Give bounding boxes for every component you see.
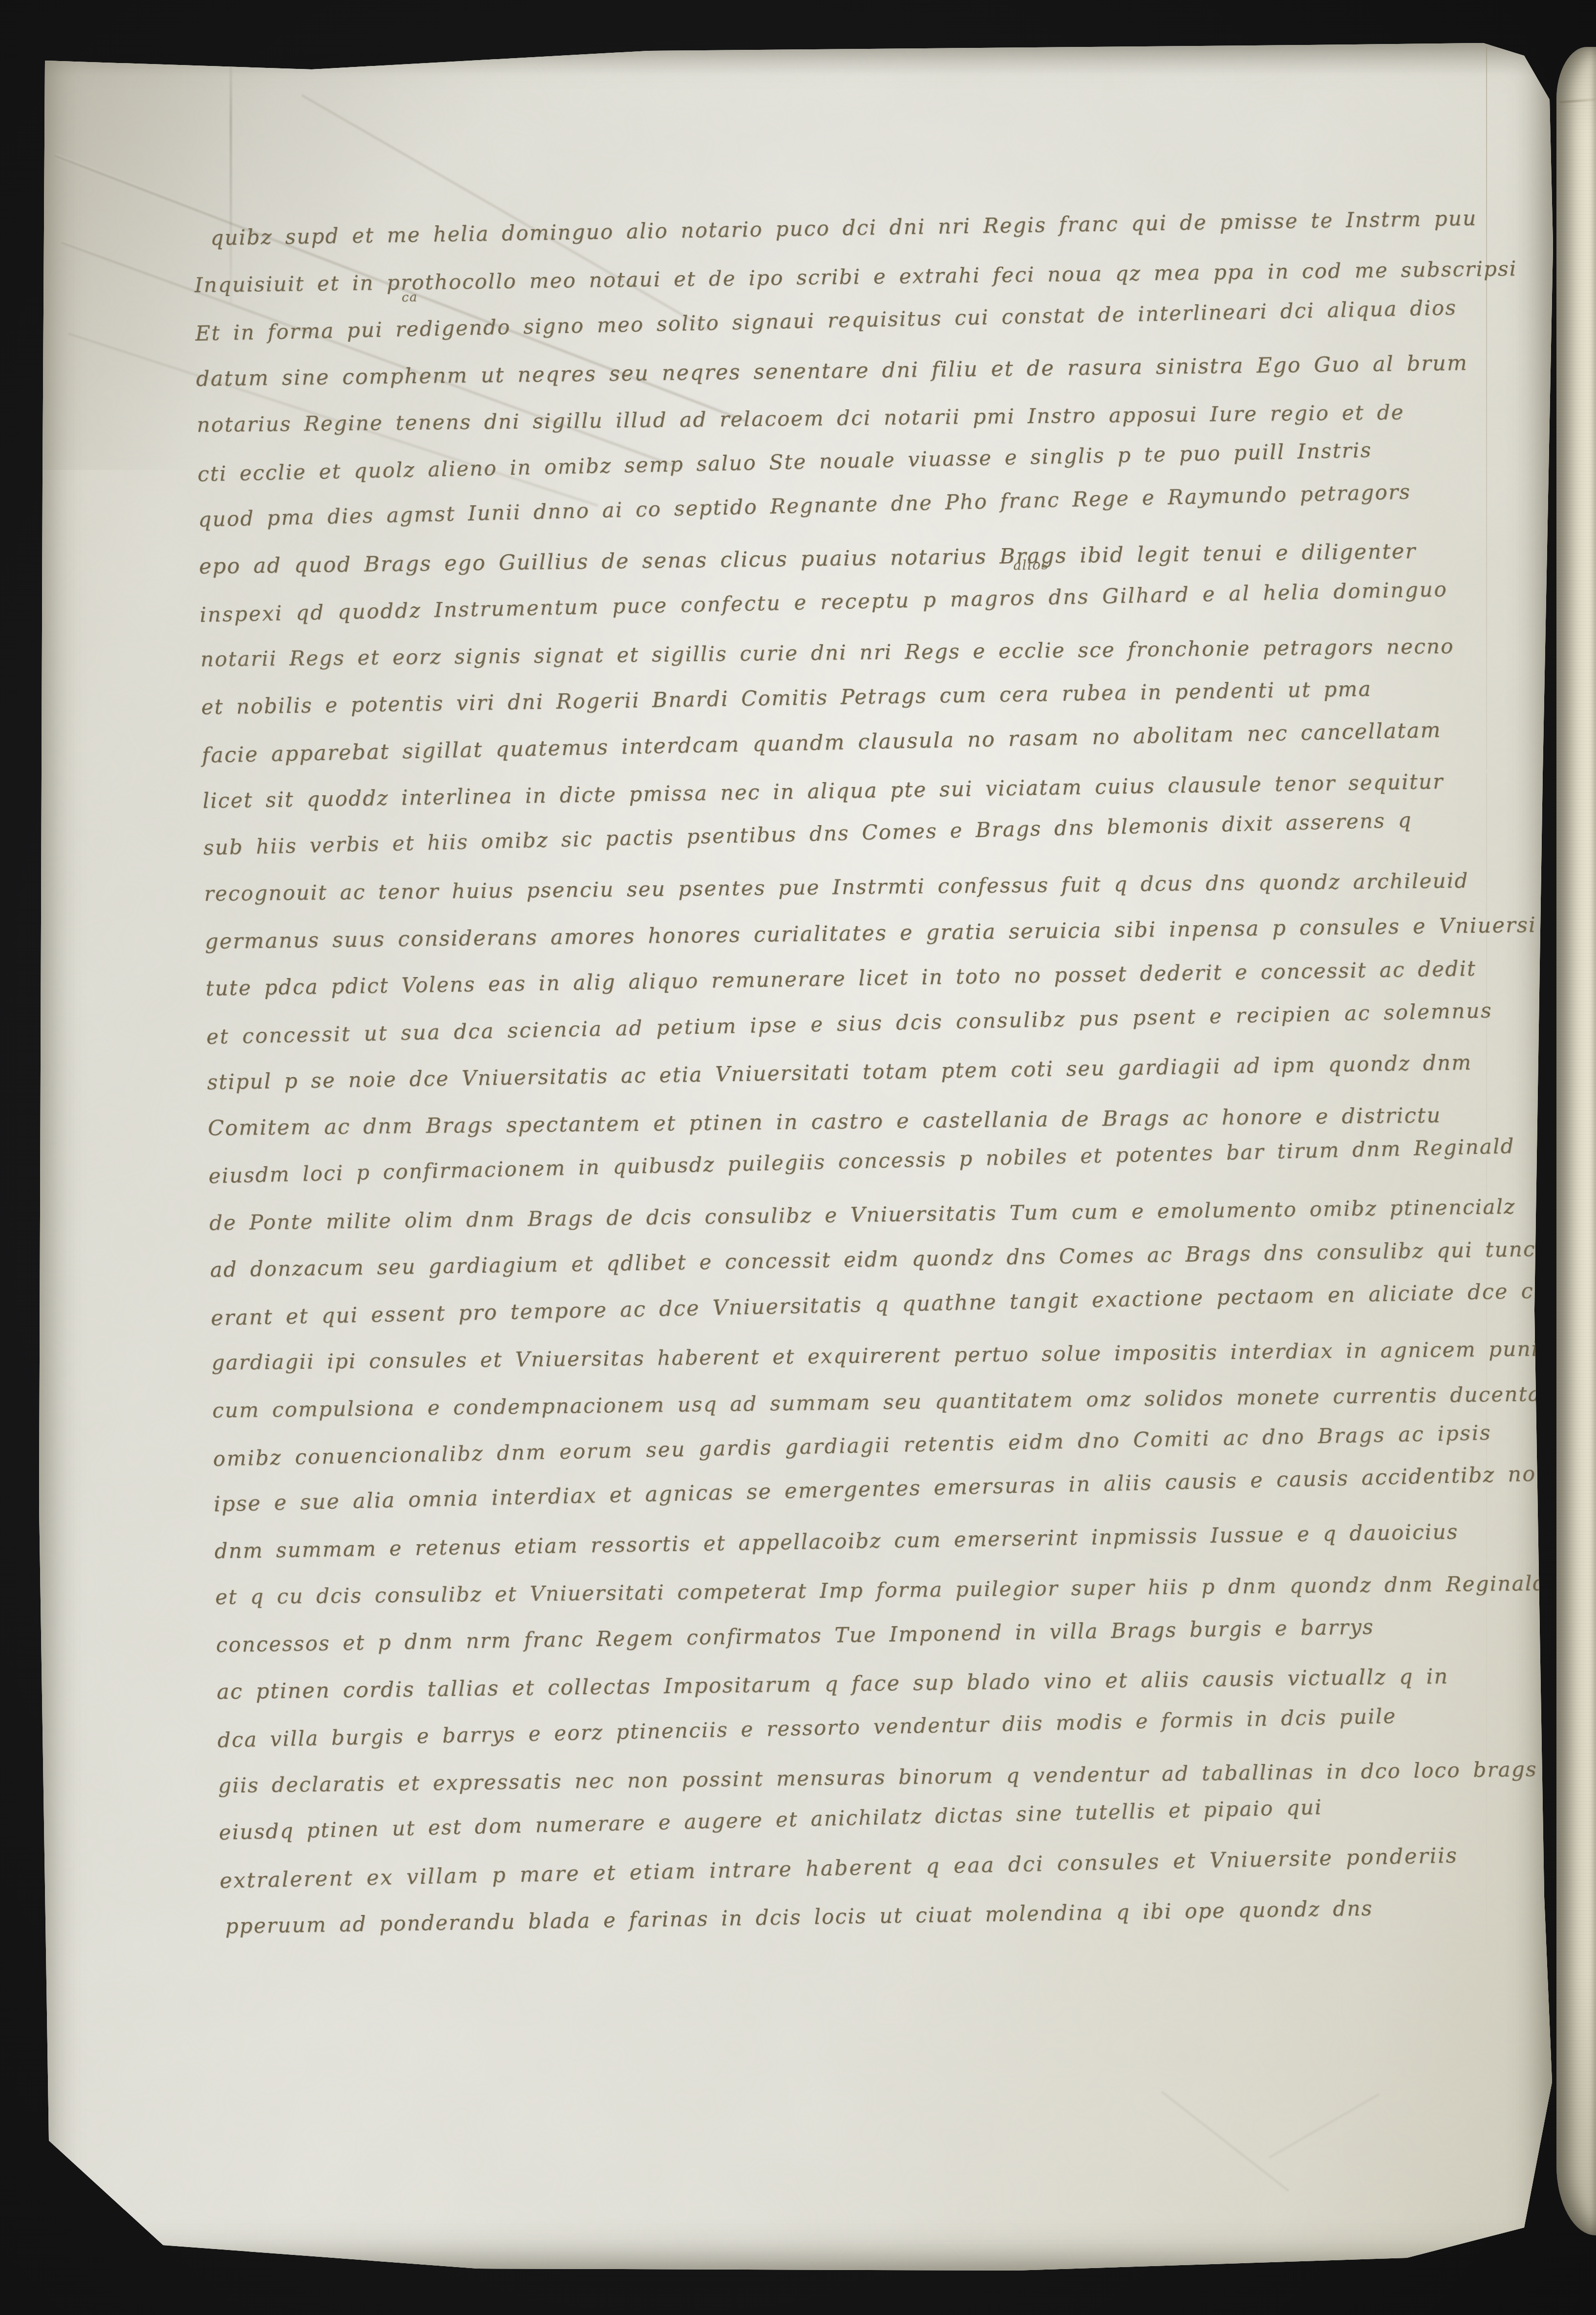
crease-line (1160, 2090, 1290, 2192)
next-folio-edge (1556, 47, 1596, 2235)
interlinear-addition: alios (1013, 556, 1049, 573)
interlinear-addition: ca (401, 290, 418, 305)
parchment-page: quibz supd et me helia dominguo alio not… (38, 40, 1555, 2273)
crease-line (1268, 2092, 1381, 2160)
next-folio-top-edge-line (1559, 98, 1596, 103)
manuscript-text-block: quibz supd et me helia dominguo alio not… (193, 194, 1531, 1983)
photo-black-background: quibz supd et me helia dominguo alio not… (0, 0, 1596, 2315)
